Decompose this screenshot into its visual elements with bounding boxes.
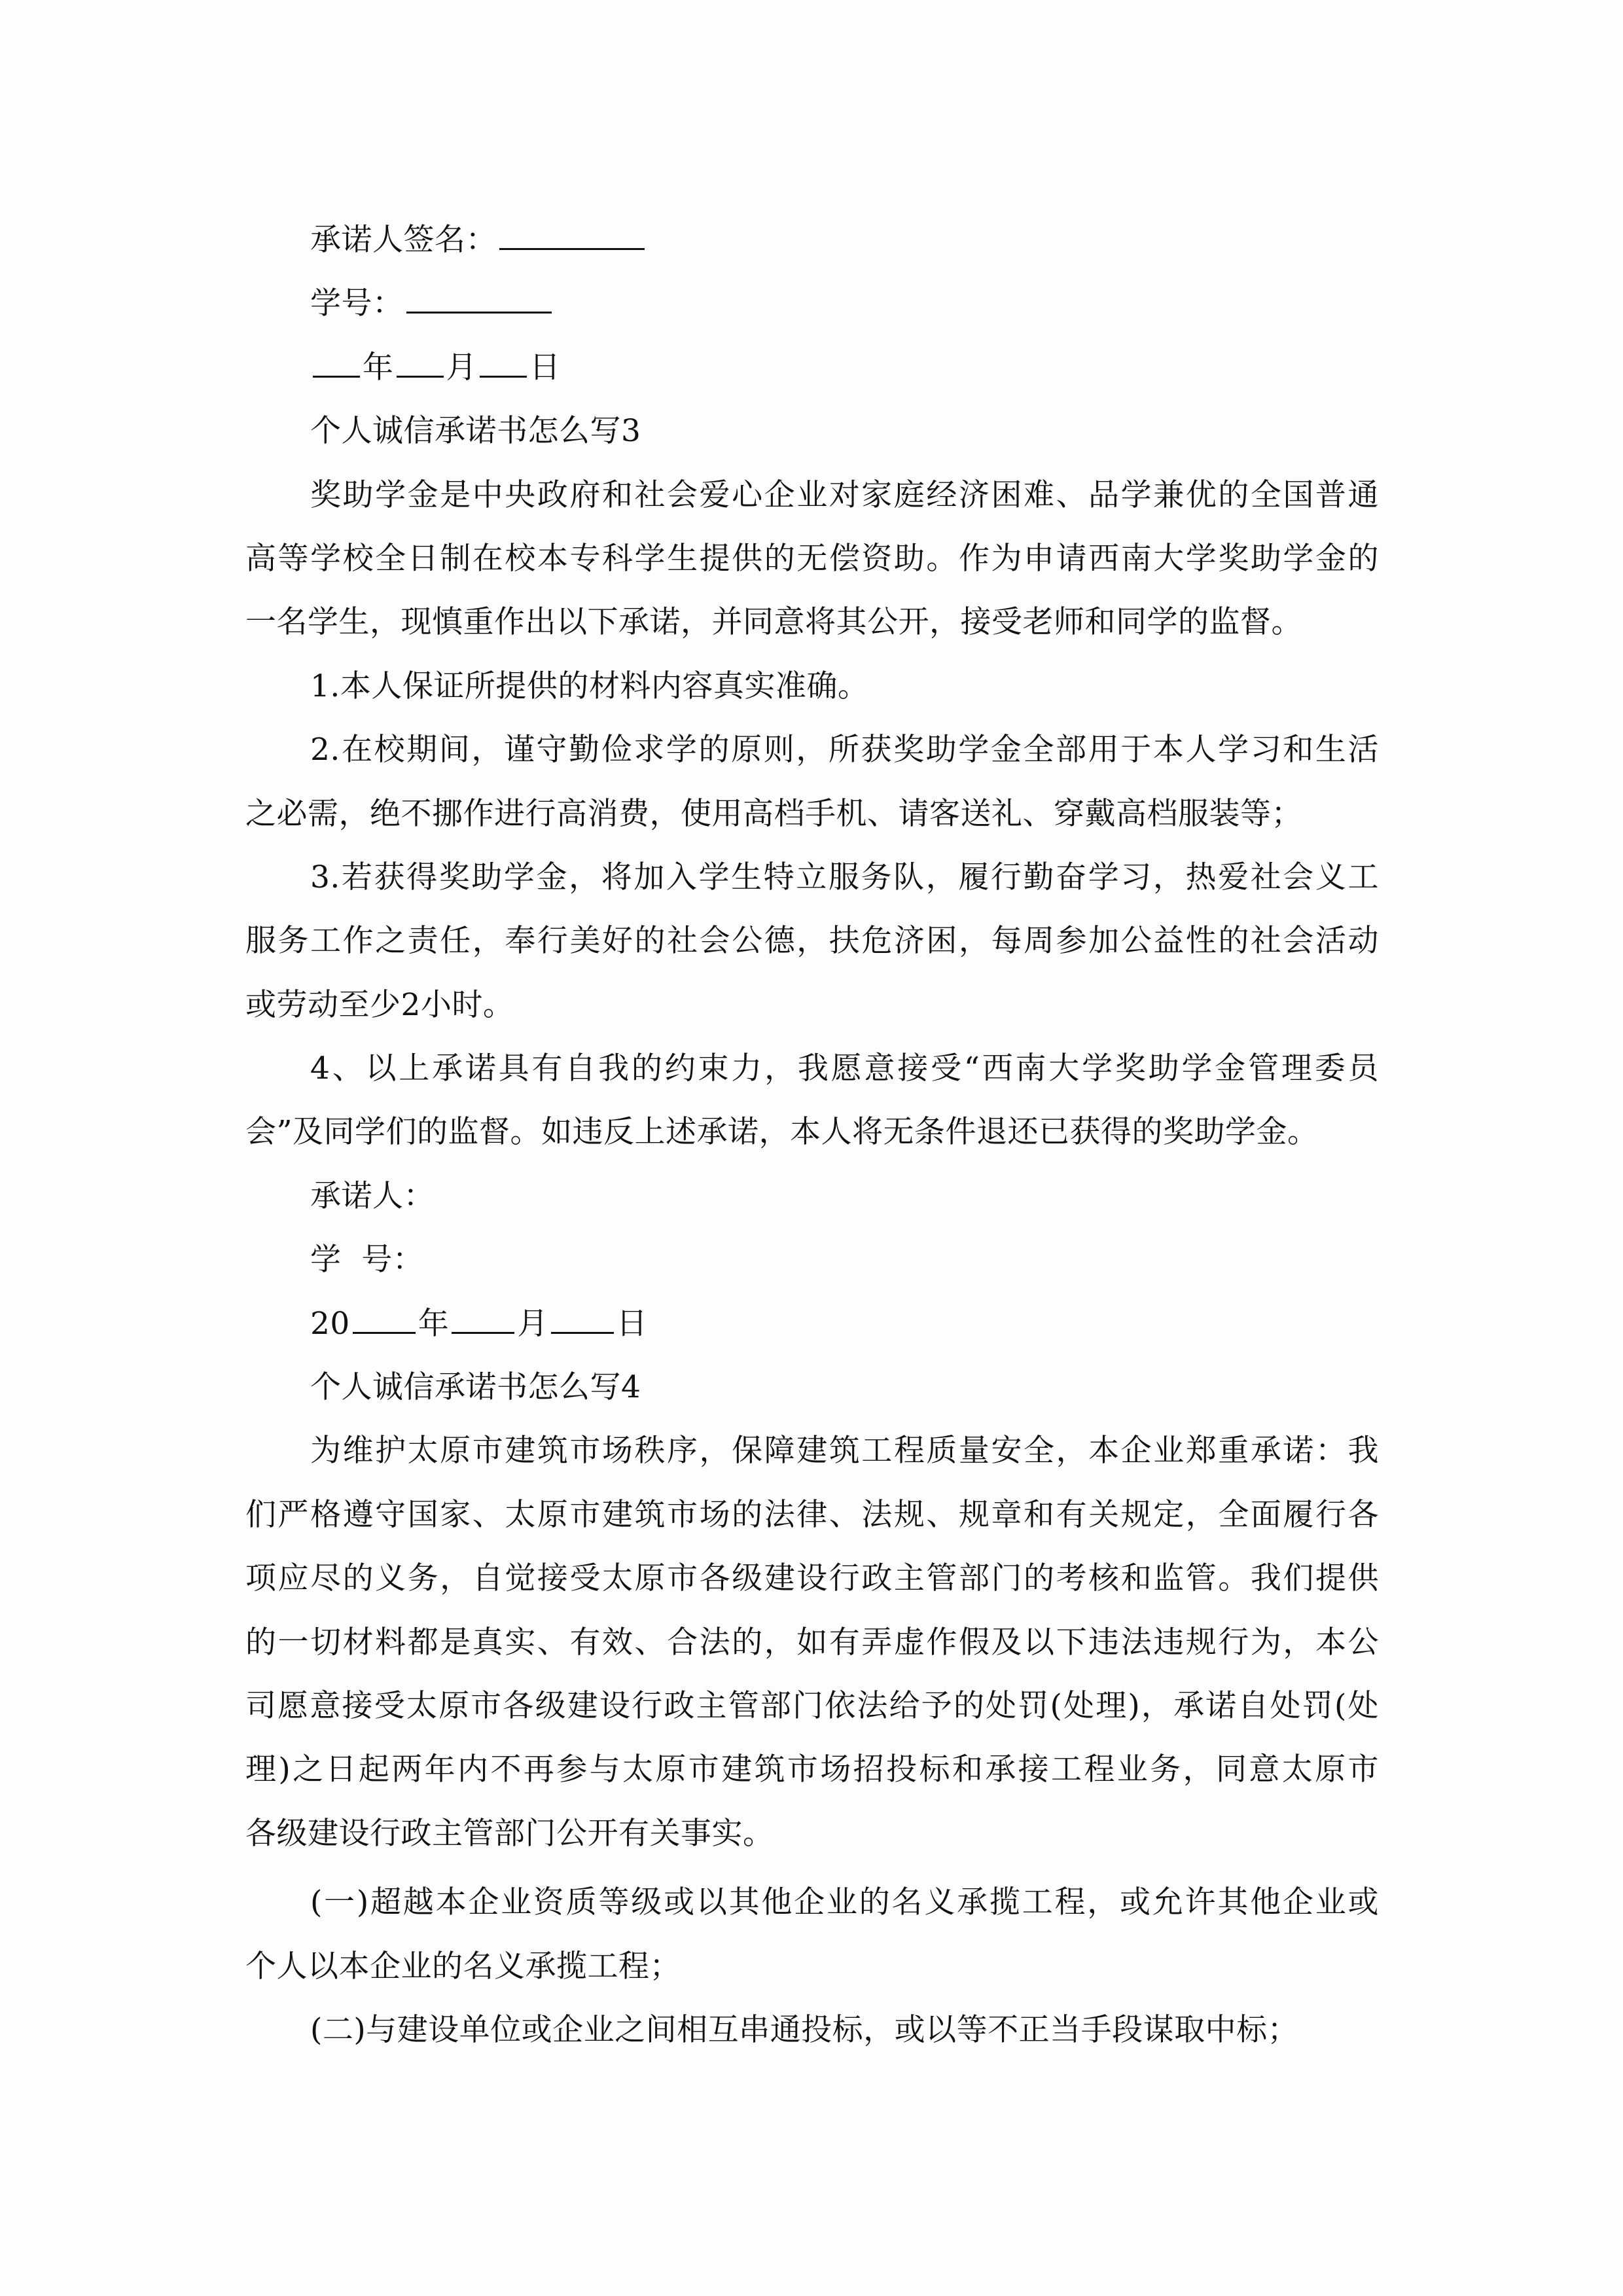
list-item-1: 1.本人保证所提供的材料内容真实准确。 <box>245 655 1379 718</box>
paragraph-line: 理)之日起两年内不再参与太原市建筑市场招投标和承接工程业务，同意太原市 <box>245 1738 1379 1801</box>
document-body: 承诺人签名： 学号： 年月日 个人诚信承诺书怎么写3 奖助学金是中央政府和社会爱… <box>245 208 1379 2062</box>
clause-1-cont: 个人以本企业的名义承揽工程； <box>245 1935 1379 1998</box>
section-heading-3: 个人诚信承诺书怎么写3 <box>245 399 1379 463</box>
list-item-2-cont: 之必需，绝不挪作进行高消费，使用高档手机、请客送礼、穿戴高档服装等； <box>245 782 1379 846</box>
year-label: 年 <box>363 350 394 386</box>
list-item-4: 4、以上承诺具有自我的约束力，我愿意接受“西南大学奖助学金管理委员 <box>245 1037 1379 1100</box>
day-blank <box>480 350 527 378</box>
year-blank <box>353 1306 416 1334</box>
student-id-label-2: 学 号： <box>245 1228 1379 1291</box>
list-item-3: 3.若获得奖助学金，将加入学生特立服务队，履行勤奋学习，热爱社会义工 <box>245 846 1379 909</box>
date-line: 年月日 <box>245 336 1379 399</box>
day-blank <box>551 1306 614 1334</box>
year-label: 年 <box>418 1306 450 1342</box>
year-prefix: 20 <box>310 1306 350 1342</box>
date-line-2: 20年月日 <box>245 1292 1379 1355</box>
paragraph-line: 各级建设行政主管部门公开有关事实。 <box>245 1802 1379 1865</box>
list-item-4-cont: 会”及同学们的监督。如违反上述承诺，本人将无条件退还已获得的奖助学金。 <box>245 1100 1379 1164</box>
day-label: 日 <box>616 1306 648 1342</box>
clause-2: (二)与建设单位或企业之间相互串通投标，或以等不正当手段谋取中标； <box>245 1998 1379 2062</box>
month-label: 月 <box>517 1306 548 1342</box>
signature-label: 承诺人签名： <box>310 222 497 258</box>
paragraph-line: 们严格遵守国家、太原市建筑市场的法律、法规、规章和有关规定，全面履行各 <box>245 1483 1379 1547</box>
day-label: 日 <box>529 350 561 386</box>
month-blank <box>397 350 444 378</box>
paragraph-line: 为维护太原市建筑市场秩序，保障建筑工程质量安全，本企业郑重承诺：我 <box>245 1419 1379 1482</box>
paragraph-line: 司愿意接受太原市各级建设行政主管部门依法给予的处罚(处理)，承诺自处罚(处 <box>245 1674 1379 1738</box>
paragraph-line: 高等学校全日制在校本专科学生提供的无偿资助。作为申请西南大学奖助学金的 <box>245 527 1379 590</box>
document-page: 承诺人签名： 学号： 年月日 个人诚信承诺书怎么写3 奖助学金是中央政府和社会爱… <box>0 0 1623 2296</box>
student-id-blank <box>406 285 552 314</box>
paragraph-line: 奖助学金是中央政府和社会爱心企业对家庭经济困难、品学兼优的全国普通 <box>245 463 1379 527</box>
student-id-line: 学号： <box>245 272 1379 335</box>
promiser-label: 承诺人： <box>245 1164 1379 1228</box>
signature-line: 承诺人签名： <box>245 208 1379 272</box>
paragraph-line: 项应尽的义务，自觉接受太原市各级建设行政主管部门的考核和监管。我们提供 <box>245 1547 1379 1610</box>
list-item-2: 2.在校期间，谨守勤俭求学的原则，所获奖助学金全部用于本人学习和生活 <box>245 718 1379 781</box>
list-item-3-cont: 或劳动至少2小时。 <box>245 973 1379 1037</box>
month-blank <box>452 1306 514 1334</box>
student-id-label: 学号： <box>310 285 404 321</box>
clause-1: (一)超越本企业资质等级或以其他企业的名义承揽工程，或允许其他企业或 <box>245 1871 1379 1934</box>
paragraph-line: 一名学生，现慎重作出以下承诺，并同意将其公开，接受老师和同学的监督。 <box>245 590 1379 654</box>
section-heading-4: 个人诚信承诺书怎么写4 <box>245 1355 1379 1419</box>
paragraph-line: 的一切材料都是真实、有效、合法的，如有弄虚作假及以下违法违规行为，本公 <box>245 1611 1379 1674</box>
list-item-3-cont: 服务工作之责任，奉行美好的社会公德，扶危济困，每周参加公益性的社会活动 <box>245 909 1379 973</box>
month-label: 月 <box>446 350 478 386</box>
signature-blank <box>499 222 645 250</box>
year-blank <box>313 350 360 378</box>
